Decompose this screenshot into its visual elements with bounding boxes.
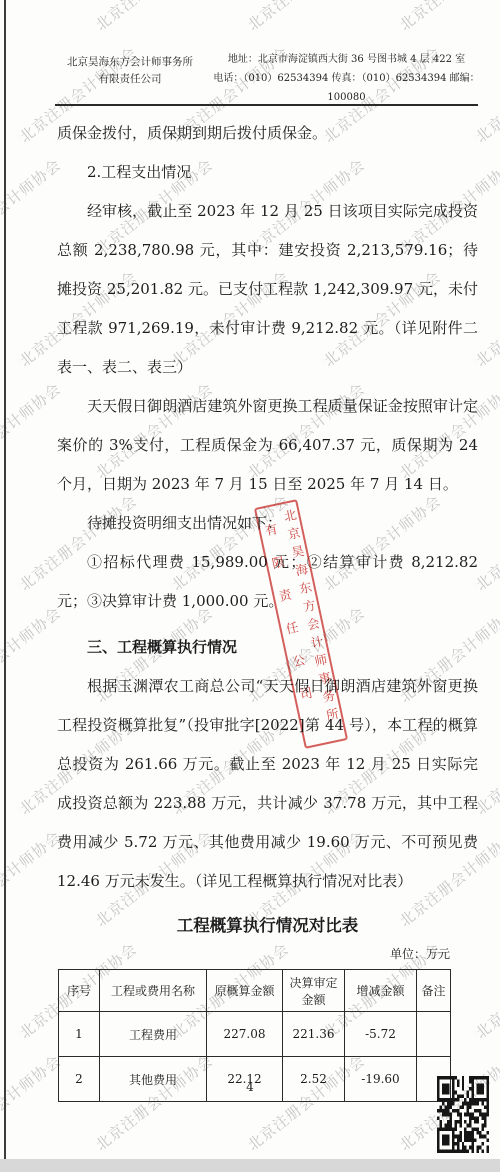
paragraph-warranty: 质保金拨付，质保期到期后拨付质保金。 — [57, 114, 478, 153]
table-title: 工程概算执行情况对比表 — [57, 911, 478, 941]
document-page: 北京注册会计师协会北京注册会计师协会北京注册会计师协会北京注册会计师协会北京注册… — [0, 0, 500, 1172]
firm-address: 地址：北京市海淀镇西大街 36 号图书城 4 层 422 室 — [213, 50, 480, 69]
watermark-text: 北京注册会计师协会 — [0, 154, 65, 259]
watermark-text: 北京注册会计师协会 — [0, 1050, 65, 1155]
cell-final-audited: 2.52 — [283, 1057, 345, 1102]
col-header-original-budget: 原概算金额 — [207, 970, 283, 1012]
cell-final-audited: 221.36 — [283, 1012, 345, 1057]
firm-name-line1: 北京昊海东方会计师事务所 — [55, 54, 205, 71]
header-divider — [55, 104, 478, 106]
watermark-text: 北京注册会计师协会 — [243, 0, 369, 35]
cell-item-name: 其他费用 — [100, 1057, 207, 1102]
col-header-item-name: 工程或费用名称 — [100, 970, 207, 1012]
watermark-text: 北京注册会计师协会 — [0, 378, 65, 483]
qr-code — [437, 1076, 489, 1153]
section-title-budget-execution: 三、工程概算执行情况 — [57, 628, 478, 667]
page-number: 4 — [0, 1080, 500, 1094]
paragraph-expenditure: 经审核，截止至 2023 年 12 月 25 日该项目实际完成投资总额 2,23… — [57, 192, 478, 387]
document-body: 质保金拨付，质保期到期后拨付质保金。 2.工程支出情况 经审核，截止至 2023… — [57, 114, 478, 1102]
firm-contact: 地址：北京市海淀镇西大街 36 号图书城 4 层 422 室 电话：（010）6… — [213, 50, 480, 107]
paragraph-quality-deposit: 天天假日御朗酒店建筑外窗更换工程质量保证金按照审计定案价的 3%支付，工程质保金… — [57, 387, 478, 504]
cell-remarks — [417, 1012, 451, 1057]
scan-bottom-strip — [0, 1159, 500, 1172]
watermark-text: 北京注册会计师协会 — [0, 826, 65, 931]
cell-item-name: 工程费用 — [100, 1012, 207, 1057]
cell-index: 2 — [59, 1057, 100, 1102]
col-header-final-audited: 决算审定金额 — [283, 970, 345, 1012]
paragraph-budget-execution: 根据玉渊潭农工商总公司“天天假日御朗酒店建筑外窗更换工程投资概算批复”（投审批字… — [57, 667, 478, 901]
table-row: 2 其他费用 22.12 2.52 -19.60 — [59, 1057, 451, 1102]
table-row: 1 工程费用 227.08 221.36 -5.72 — [59, 1012, 451, 1057]
watermark-text: 北京注册会计师协会 — [395, 0, 500, 35]
cell-change: -19.60 — [345, 1057, 417, 1102]
watermark-text: 北京注册会计师协会 — [0, 0, 65, 35]
cell-original-budget: 22.12 — [207, 1057, 283, 1102]
firm-name: 北京昊海东方会计师事务所 有限责任公司 — [55, 54, 205, 88]
scan-edge-line — [4, 0, 6, 1160]
table-header-row: 序号 工程或费用名称 原概算金额 决算审定金额 增减金额 备注 — [59, 970, 451, 1012]
cell-index: 1 — [59, 1012, 100, 1057]
watermark-text: 北京注册会计师协会 — [0, 602, 65, 707]
section-title-expenditure: 2.工程支出情况 — [57, 153, 478, 192]
cell-original-budget: 227.08 — [207, 1012, 283, 1057]
firm-phone: 电话：（010）62534394 传真：（010）62534394 邮编：100… — [213, 69, 480, 107]
col-header-change: 增减金额 — [345, 970, 417, 1012]
table-unit-label: 单位：万元 — [57, 941, 478, 967]
watermark-text: 北京注册会计师协会 — [91, 0, 217, 35]
col-header-index: 序号 — [59, 970, 100, 1012]
col-header-remarks: 备注 — [417, 970, 451, 1012]
firm-name-line2: 有限责任公司 — [55, 71, 205, 88]
cell-change: -5.72 — [345, 1012, 417, 1057]
